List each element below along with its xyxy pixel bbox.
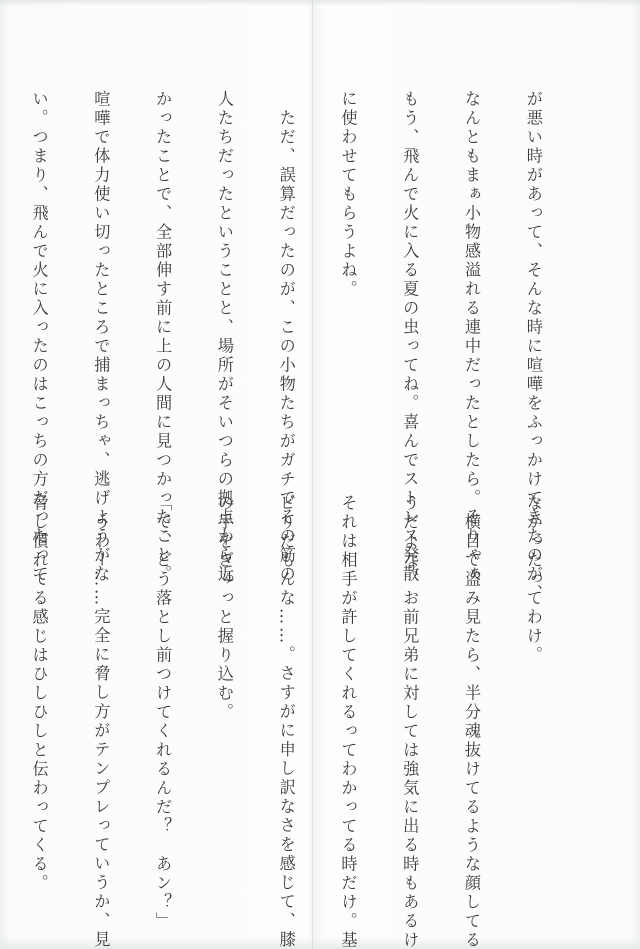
text-line: うだよな、お前兄弟に対しては強気に出る時もあるけど、 [399,494,420,854]
page-top-edge [0,0,640,6]
text-line: が悪い時があって、そんな時に喧嘩をふっかけてきたのが、 [522,90,543,450]
dialogue-line: 「で、どう落とし前つけてくれるんだ？ あン？」 [152,494,173,854]
upper-text-block: が悪い時があって、そんな時に喧嘩をふっかけてきたのが、 なんともまぁ小物感溢れる… [0,90,584,450]
text-line: それは相手が許してくれるってわかってる時だけ。基本ビ [337,494,358,854]
text-line: もう、飛んで火に入る夏の虫ってね。喜んでストレス発散 [399,90,420,450]
text-line: なかったってわけ。 [522,494,543,854]
text-line: 横目で盗み見たら、半分魂抜けてるような顔してる。そ [460,494,481,854]
text-line: 脅し慣れてる感じはひしひしと伝わってくる。 [28,494,49,854]
text-line: 喧嘩で体力使い切ったところで捕まっちゃ、逃げようがな [90,90,111,450]
text-line: ただ、誤算だったのが、この小物たちがガチでその筋の [275,90,296,450]
lower-text-block: なかったってわけ。 横目で盗み見たら、半分魂抜けてるような顔してる。そ うだよな… [0,494,584,854]
text-line: うわー……完全に脅し方がテンプレっていうか、見事に [90,494,111,854]
text-line: なんともまぁ小物感溢れる連中だったとしたら。そりゃぁ [460,90,481,450]
text-line: ビりだもんな……。さすがに申し訳なさを感じて、膝の上 [275,494,296,854]
text-line: かったことで、全部伸す前に上の人間に見つかったこと。 [152,90,173,450]
text-line: い。つまり、飛んで火に入ったのはこっちの方だったって [28,90,49,450]
scanned-page: が悪い時があって、そんな時に喧嘩をふっかけてきたのが、 なんともまぁ小物感溢れる… [0,0,640,949]
text-line: に使わせてもらうよね。 [337,90,358,450]
text-line: 人たちだったということと、場所がそいつらの拠点から近 [213,90,234,450]
text-line: の手をぎゅっと握り込む。 [213,494,234,854]
